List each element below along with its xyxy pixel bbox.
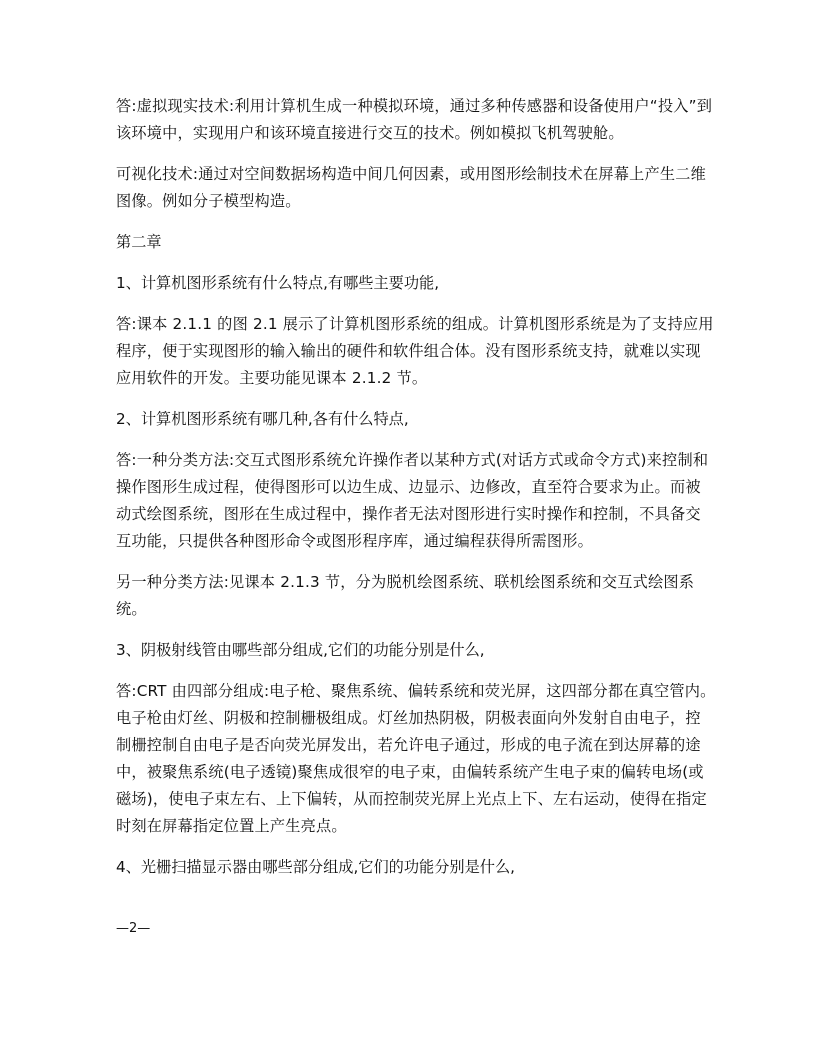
chapter-heading: 第二章 (116, 229, 716, 256)
question-2: 2、计算机图形系统有哪几种,各有什么特点, (116, 406, 716, 433)
question-3: 3、阴极射线管由哪些部分组成,它们的功能分别是什么, (116, 637, 716, 664)
page-number: —2— (116, 920, 150, 938)
question-1: 1、计算机图形系统有什么特点,有哪些主要功能, (116, 270, 716, 297)
answer-1: 答:课本 2.1.1 的图 2.1 展示了计算机图形系统的组成。计算机图形系统是… (116, 311, 716, 392)
answer-2a: 答:一种分类方法:交互式图形系统允许操作者以某种方式(对话方式或命令方式)来控制… (116, 447, 716, 555)
answer-virtual-reality: 答:虚拟现实技术:利用计算机生成一种模拟环境，通过多种传感器和设备使用户“投入”… (116, 93, 716, 147)
answer-visualization: 可视化技术:通过对空间数据场构造中间几何因素，或用图形绘制技术在屏幕上产生二维图… (116, 161, 716, 215)
answer-2b: 另一种分类方法:见课本 2.1.3 节，分为脱机绘图系统、联机绘图系统和交互式绘… (116, 569, 716, 623)
document-page: 答:虚拟现实技术:利用计算机生成一种模拟环境，通过多种传感器和设备使用户“投入”… (116, 93, 716, 895)
answer-3: 答:CRT 由四部分组成:电子枪、聚焦系统、偏转系统和荧光屏，这四部分都在真空管… (116, 678, 716, 840)
question-4: 4、光栅扫描显示器由哪些部分组成,它们的功能分别是什么, (116, 854, 716, 881)
